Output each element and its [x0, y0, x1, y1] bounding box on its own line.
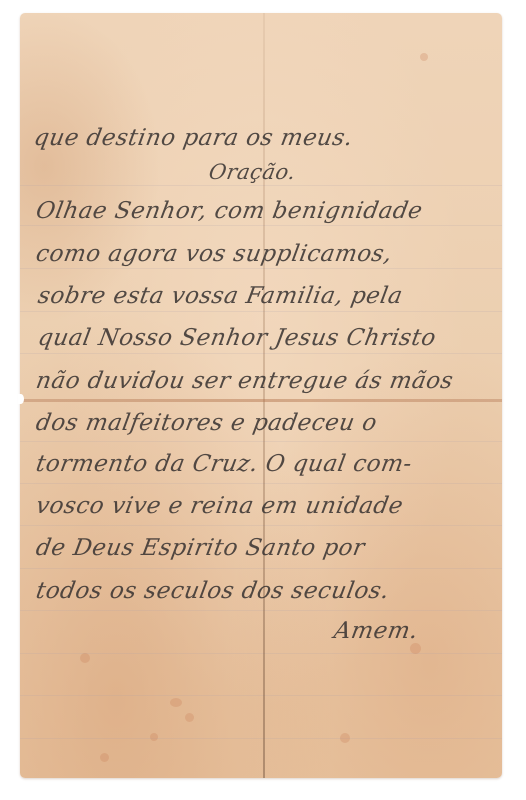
age-stain: [80, 653, 90, 663]
ruled-line: [20, 185, 502, 186]
text-line: não duvidou ser entregue ás mãos: [34, 368, 455, 394]
ruled-line: [20, 525, 502, 526]
text-line: como agora vos supplicamos,: [34, 241, 394, 267]
ruled-line: [20, 610, 502, 611]
edge-tear: [18, 394, 24, 404]
text-line: que destino para os meus.: [32, 125, 355, 151]
ruled-line: [20, 483, 502, 484]
horizontal-fold-crease: [20, 399, 502, 402]
text-line: tormento da Cruz. O qual com-: [34, 451, 414, 477]
text-line: sobre esta vossa Familia, pela: [36, 283, 405, 309]
text-line: todos os seculos dos seculos.: [34, 578, 391, 604]
ruled-line: [20, 353, 502, 354]
prayer-heading: Oração.: [207, 160, 298, 184]
age-stain: [100, 753, 109, 762]
ruled-line: [20, 653, 502, 654]
age-stain: [170, 698, 182, 707]
age-stain: [410, 643, 421, 654]
age-stain: [185, 713, 194, 722]
ruled-line: [20, 268, 502, 269]
text-line: Olhae Senhor, com benignidade: [34, 198, 425, 224]
closing-amen: Amem.: [332, 618, 420, 644]
ruled-line: [20, 738, 502, 739]
age-stain: [340, 733, 350, 743]
age-stain: [420, 53, 428, 61]
ruled-line: [20, 225, 502, 226]
text-line: qual Nosso Senhor Jesus Christo: [36, 325, 438, 351]
age-stain: [150, 733, 158, 741]
ruled-line: [20, 441, 502, 442]
ruled-line: [20, 311, 502, 312]
text-line: dos malfeitores e padeceu o: [34, 410, 379, 436]
text-line: de Deus Espirito Santo por: [34, 535, 367, 561]
ruled-line: [20, 568, 502, 569]
ruled-line: [20, 695, 502, 696]
text-line: vosco vive e reina em unidade: [34, 493, 405, 519]
